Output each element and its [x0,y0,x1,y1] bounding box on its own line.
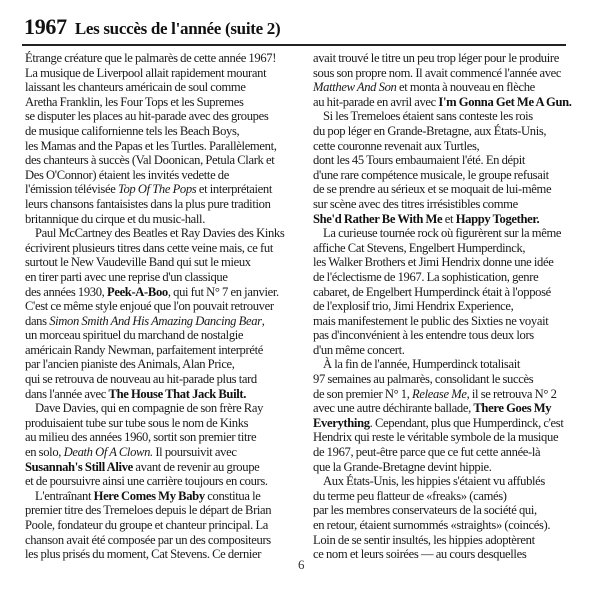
text-line: Hendrix qui reste le véritable symbole d… [313,430,585,445]
text-segment: Dave Davies, qui en compagnie de son frè… [35,401,263,415]
text-line: qui se retrouva de nouveau au hit-parade… [25,372,293,387]
text-segment: L'entraînant [35,489,94,503]
text-line: avec une autre déchirante ballade, There… [313,401,585,416]
text-line: de musique californienne tels les Beach … [25,124,293,139]
text-segment: cabaret, de Engelbert Humperdinck était … [313,285,551,299]
text-segment: surtout le New Vaudeville Band qui sut l… [25,255,251,269]
text-segment: Des O'Connor) étaient les invités vedett… [25,168,229,182]
text-segment: dans [25,314,49,328]
text-line: chanson avait été composée par un des co… [25,533,293,548]
text-segment: Hendrix qui reste le véritable symbole d… [313,430,558,444]
text-segment: des chanteurs à succès (Val Doonican, Pe… [25,153,274,167]
text-segment: premier titre des Tremeloes depuis le dé… [25,503,271,517]
text-segment: de l'éclectisme de 1967. La sophisticati… [313,270,538,284]
text-line: dans Simon Smith And His Amazing Dancing… [25,314,293,329]
text-segment: 97 semaines au palmarès, consolidant le … [313,372,533,386]
text-segment: ce nom et leurs soirées — au cours desqu… [313,547,526,561]
text-line: Des O'Connor) étaient les invités vedett… [25,168,293,183]
text-line: du pop léger en Grande-Bretagne, aux Éta… [313,124,585,139]
text-segment: se disputer les places au hit-parade ave… [25,109,268,123]
italic-title: Top Of The Pops [118,182,196,196]
text-line: C'est ce même style enjoué que l'on pouv… [25,299,293,314]
text-line: en tirer parti avec une reprise d'un cla… [25,270,293,285]
text-segment: dans l'année avec [25,387,109,401]
text-segment: britannique du cirque et du music-hall. [25,212,205,226]
text-segment: de se prendre au sérieux et se moquait d… [313,182,551,196]
text-segment: avec une autre déchirante ballade, [313,401,473,415]
text-line: affiche Cat Stevens, Engelbert Humperdin… [313,241,585,256]
text-segment: chanson avait été composée par un des co… [25,533,271,547]
song-title: There Goes My [473,401,551,415]
text-line: cabaret, de Engelbert Humperdinck était … [313,285,585,300]
text-segment: en solo, [25,445,64,459]
text-segment: avant de revenir au groupe [133,460,259,474]
right-column: avait trouvé le titre un peu trop léger … [313,51,585,562]
song-title: Here Comes My Baby [94,489,205,503]
text-line: d'un même concert. [313,343,585,358]
text-segment: , [262,314,265,328]
text-segment: Aretha Franklin, les Four Tops et les Su… [25,95,244,109]
text-segment: Si les Tremeloes étaient sans conteste l… [323,109,533,123]
text-segment: que la Grande-Bretagne devint hippie. [313,460,492,474]
text-line: de l'explosif trio, Jimi Hendrix Experie… [313,299,585,314]
text-segment: pas d'inconvénient à les entendre tous d… [313,328,534,342]
text-line: les Walker Brothers et Jimi Hendrix donn… [313,255,585,270]
text-segment: produisaient tube sur tube sous le nom d… [25,416,248,430]
text-segment: et interprétaient [196,182,272,196]
page-number: 6 [298,557,305,573]
text-segment: de musique californienne tels les Beach … [25,124,239,138]
text-line: Susannah's Still Alive avant de revenir … [25,460,293,475]
text-segment: américain Randy Newman, parfaitement int… [25,343,263,357]
title-year: 1967 [24,14,67,39]
song-title: The House That Jack Built. [109,387,246,401]
song-title: Happy Together. [456,212,540,226]
text-segment: en tirer parti avec une reprise d'un cla… [25,270,228,284]
song-title: Susannah's Still Alive [25,460,133,474]
text-line: que la Grande-Bretagne devint hippie. [313,460,585,475]
text-line: sous son propre nom. Il avait commencé l… [313,66,585,81]
text-segment: des années 1930, [25,285,107,299]
text-line: de se prendre au sérieux et se moquait d… [313,182,585,197]
text-segment: Poole, fondateur du groupe et chanteur p… [25,518,268,532]
text-segment: qui se retrouva de nouveau au hit-parade… [25,372,257,386]
text-line: américain Randy Newman, parfaitement int… [25,343,293,358]
italic-title: Release Me [412,387,467,401]
song-title: Everything [313,416,370,430]
page-title: 1967 Les succès de l'année (suite 2) [24,14,280,40]
text-line: laissant les chanteurs américain de soul… [25,80,293,95]
text-segment: l'émission télévisée [25,182,118,196]
text-line: de son premier N° 1, Release Me, il se r… [313,387,585,402]
text-line: d'une rare compétence musicale, le group… [313,168,585,183]
text-line: par l'ancien pianiste des Animals, Alan … [25,357,293,372]
text-segment: et [442,212,455,226]
text-line: dans l'année avec The House That Jack Bu… [25,387,293,402]
text-line: Everything. Cependant, plus que Humperdi… [313,416,585,431]
text-segment: au milieu des années 1960, sortit son pr… [25,430,256,444]
text-segment: écrivirent plusieurs titres dans cette v… [25,241,273,255]
text-line: Poole, fondateur du groupe et chanteur p… [25,518,293,533]
text-segment: Paul McCartney des Beatles et Ray Davies… [35,226,284,240]
text-line: écrivirent plusieurs titres dans cette v… [25,241,293,256]
text-line: par les membres conservateurs de la soci… [313,503,585,518]
text-segment: d'un même concert. [313,343,405,357]
text-segment: au hit-parade en avril avec [313,95,438,109]
text-line: de l'éclectisme de 1967. La sophisticati… [313,270,585,285]
text-line: La musique de Liverpool allait rapidemen… [25,66,293,81]
text-segment: C'est ce même style enjoué que l'on pouv… [25,299,274,313]
text-line: Aretha Franklin, les Four Tops et les Su… [25,95,293,110]
text-line: des chanteurs à succès (Val Doonican, Pe… [25,153,293,168]
song-title: I'm Gonna Get Me A Gun. [438,95,571,109]
text-line: 97 semaines au palmarès, consolidant le … [313,372,585,387]
text-line: cette couronne revenait aux Turtles, [313,139,585,154]
text-line: sur scène avec des titres irrésistibles … [313,197,585,212]
text-segment: La musique de Liverpool allait rapidemen… [25,66,266,80]
text-line: les plus prisés du moment, Cat Stevens. … [25,547,293,562]
text-line: premier titre des Tremeloes depuis le dé… [25,503,293,518]
text-line: L'entraînant Here Comes My Baby constitu… [25,489,293,504]
text-segment: de son premier N° 1, [313,387,412,401]
text-segment: sur scène avec des titres irrésistibles … [313,197,518,211]
text-line: britannique du cirque et du music-hall. [25,212,293,227]
text-line: She'd Rather Be With Me et Happy Togethe… [313,212,585,227]
text-segment: d'une rare compétence musicale, le group… [313,168,549,182]
text-line: Matthew And Son et monta à nouveau en fl… [313,80,585,95]
text-line: en solo, Death Of A Clown. Il poursuivit… [25,445,293,460]
text-line: La curieuse tournée rock où figurèrent s… [313,226,585,241]
text-segment: avait trouvé le titre un peu trop léger … [313,51,559,65]
text-line: et de poursuivre ainsi une carrière touj… [25,474,293,489]
text-line: Si les Tremeloes étaient sans conteste l… [313,109,585,124]
text-segment: La curieuse tournée rock où figurèrent s… [323,226,561,240]
text-segment: du terme peu flatteur de «freaks» (camés… [313,489,507,503]
text-line: du terme peu flatteur de «freaks» (camés… [313,489,585,504]
text-segment: en retour, étaient surnommés «straights»… [313,518,550,532]
text-line: Paul McCartney des Beatles et Ray Davies… [25,226,293,241]
text-line: surtout le New Vaudeville Band qui sut l… [25,255,293,270]
text-segment: les plus prisés du moment, Cat Stevens. … [25,547,261,561]
song-title: She'd Rather Be With Me [313,212,442,226]
text-line: Loin de se sentir insultés, les hippies … [313,533,585,548]
text-line: des années 1930, Peek-A-Boo, qui fut N° … [25,285,293,300]
text-line: en retour, étaient surnommés «straights»… [313,518,585,533]
text-line: Aux États-Unis, les hippies s'étaient vu… [313,474,585,489]
text-line: Étrange créature que le palmarès de cett… [25,51,293,66]
text-segment: , qui fut N° 7 en janvier. [168,285,279,299]
text-segment: leurs chansons fantaisistes dans la plus… [25,197,271,211]
text-segment: du pop léger en Grande-Bretagne, aux Éta… [313,124,546,138]
text-line: dont les 45 Tours embaumaient l'été. En … [313,153,585,168]
text-segment: les Mamas and the Papas et les Turtles. … [25,139,277,153]
text-segment: de 1967, peut-être parce que ce fut cett… [313,445,540,459]
text-segment: de l'explosif trio, Jimi Hendrix Experie… [313,299,513,313]
text-line: À la fin de l'année, Humperdinck totalis… [313,357,585,372]
text-line: leurs chansons fantaisistes dans la plus… [25,197,293,212]
text-segment: et de poursuivre ainsi une carrière touj… [25,474,268,488]
text-segment: sous son propre nom. Il avait commencé l… [313,66,561,80]
text-segment: mais manifestement le public des Sixties… [313,314,548,328]
italic-title: Matthew And Son [313,80,396,94]
text-segment: dont les 45 Tours embaumaient l'été. En … [313,153,525,167]
text-line: mais manifestement le public des Sixties… [313,314,585,329]
text-line: au milieu des années 1960, sortit son pr… [25,430,293,445]
italic-title: Death Of A Clown. [64,445,153,459]
text-line: produisaient tube sur tube sous le nom d… [25,416,293,431]
text-segment: À la fin de l'année, Humperdinck totalis… [323,357,520,371]
text-segment: constitua le [205,489,261,503]
text-line: ce nom et leurs soirées — au cours desqu… [313,547,585,562]
text-segment: Étrange créature que le palmarès de cett… [25,51,276,65]
text-line: avait trouvé le titre un peu trop léger … [313,51,585,66]
italic-title: Simon Smith And His Amazing Dancing Bear [49,314,262,328]
text-segment: laissant les chanteurs américain de soul… [25,80,246,94]
text-segment: Aux États-Unis, les hippies s'étaient vu… [323,474,545,488]
text-line: Dave Davies, qui en compagnie de son frè… [25,401,293,416]
text-segment: un morceau spirituel du marchand de nost… [25,328,243,342]
text-segment: . Cependant, plus que Humperdinck, c'est [370,416,564,430]
text-segment: cette couronne revenait aux Turtles, [313,139,479,153]
header-rule [22,44,566,46]
left-column: Étrange créature que le palmarès de cett… [25,51,293,562]
title-text: Les succès de l'année (suite 2) [75,19,281,38]
text-line: l'émission télévisée Top Of The Pops et … [25,182,293,197]
text-segment: Loin de se sentir insultés, les hippies … [313,533,535,547]
text-segment: par les membres conservateurs de la soci… [313,503,537,517]
text-line: un morceau spirituel du marchand de nost… [25,328,293,343]
text-line: pas d'inconvénient à les entendre tous d… [313,328,585,343]
text-line: les Mamas and the Papas et les Turtles. … [25,139,293,154]
text-segment: Il poursuivit avec [153,445,237,459]
text-segment: et monta à nouveau en flèche [396,80,534,94]
text-segment: , il se retrouva N° 2 [467,387,557,401]
text-line: au hit-parade en avril avec I'm Gonna Ge… [313,95,585,110]
text-segment: par l'ancien pianiste des Animals, Alan … [25,357,235,371]
text-line: se disputer les places au hit-parade ave… [25,109,293,124]
text-segment: les Walker Brothers et Jimi Hendrix donn… [313,255,553,269]
song-title: Peek-A-Boo [107,285,168,299]
text-segment: affiche Cat Stevens, Engelbert Humperdin… [313,241,525,255]
text-line: de 1967, peut-être parce que ce fut cett… [313,445,585,460]
